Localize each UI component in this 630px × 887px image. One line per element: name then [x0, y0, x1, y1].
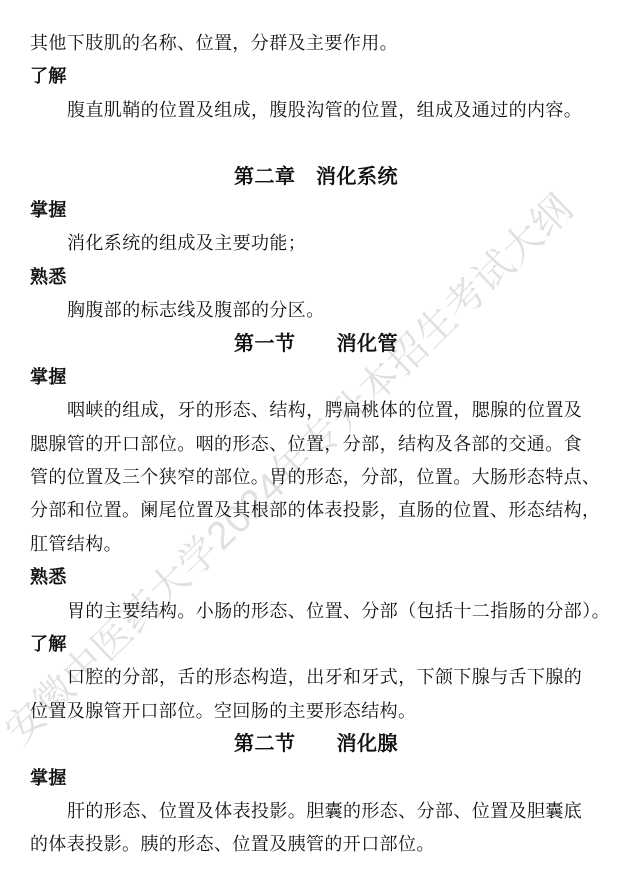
requirement-level-heading: 掌握 [30, 361, 602, 394]
body-text-line: 腮腺管的开口部位。咽的形态、位置，分部，结构及各部的交通。食 [30, 428, 602, 461]
body-text-line: 胃的主要结构。小肠的形态、位置、分部（包括十二指肠的分部）。 [30, 595, 602, 628]
section-heading: 第二节 消化腺 [30, 728, 602, 761]
body-text-line: 肝的形态、位置及体表投影。胆囊的形态、分部、位置及胆囊底 [30, 795, 602, 828]
body-text-line: 其他下肢肌的名称、位置，分群及主要作用。 [30, 27, 602, 60]
body-text-line: 咽峡的组成，牙的形态、结构，腭扁桃体的位置，腮腺的位置及 [30, 394, 602, 427]
document-page: 安徽中医药大学2024年专升本招生考试大纲 其他下肢肌的名称、位置，分群及主要作… [0, 0, 630, 887]
requirement-level-heading: 了解 [30, 628, 602, 661]
section-heading: 第一节 消化管 [30, 328, 602, 361]
body-text-line: 胸腹部的标志线及腹部的分区。 [30, 294, 602, 327]
body-text-line: 消化系统的组成及主要功能； [30, 227, 602, 260]
body-text-line: 口腔的分部，舌的形态构造，出牙和牙式，下颌下腺与舌下腺的 [30, 661, 602, 694]
requirement-level-heading: 熟悉 [30, 261, 602, 294]
body-text-line: 位置及腺管开口部位。空回肠的主要形态结构。 [30, 695, 602, 728]
chapter-heading: 第二章 消化系统 [30, 161, 602, 194]
requirement-level-heading: 掌握 [30, 762, 602, 795]
body-text-line: 分部和位置。阑尾位置及其根部的体表投影，直肠的位置、形态结构， [30, 494, 602, 527]
blank-line [30, 127, 602, 160]
body-text-line: 的体表投影。胰的形态、位置及胰管的开口部位。 [30, 828, 602, 861]
requirement-level-heading: 了解 [30, 60, 602, 93]
body-text-line: 管的位置及三个狭窄的部位。胃的形态，分部，位置。大肠形态特点、 [30, 461, 602, 494]
requirement-level-heading: 掌握 [30, 194, 602, 227]
document-body: 其他下肢肌的名称、位置，分群及主要作用。了解腹直肌鞘的位置及组成，腹股沟管的位置… [30, 27, 602, 862]
requirement-level-heading: 熟悉 [30, 561, 602, 594]
body-text-line: 肛管结构。 [30, 528, 602, 561]
body-text-line: 腹直肌鞘的位置及组成，腹股沟管的位置，组成及通过的内容。 [30, 94, 602, 127]
